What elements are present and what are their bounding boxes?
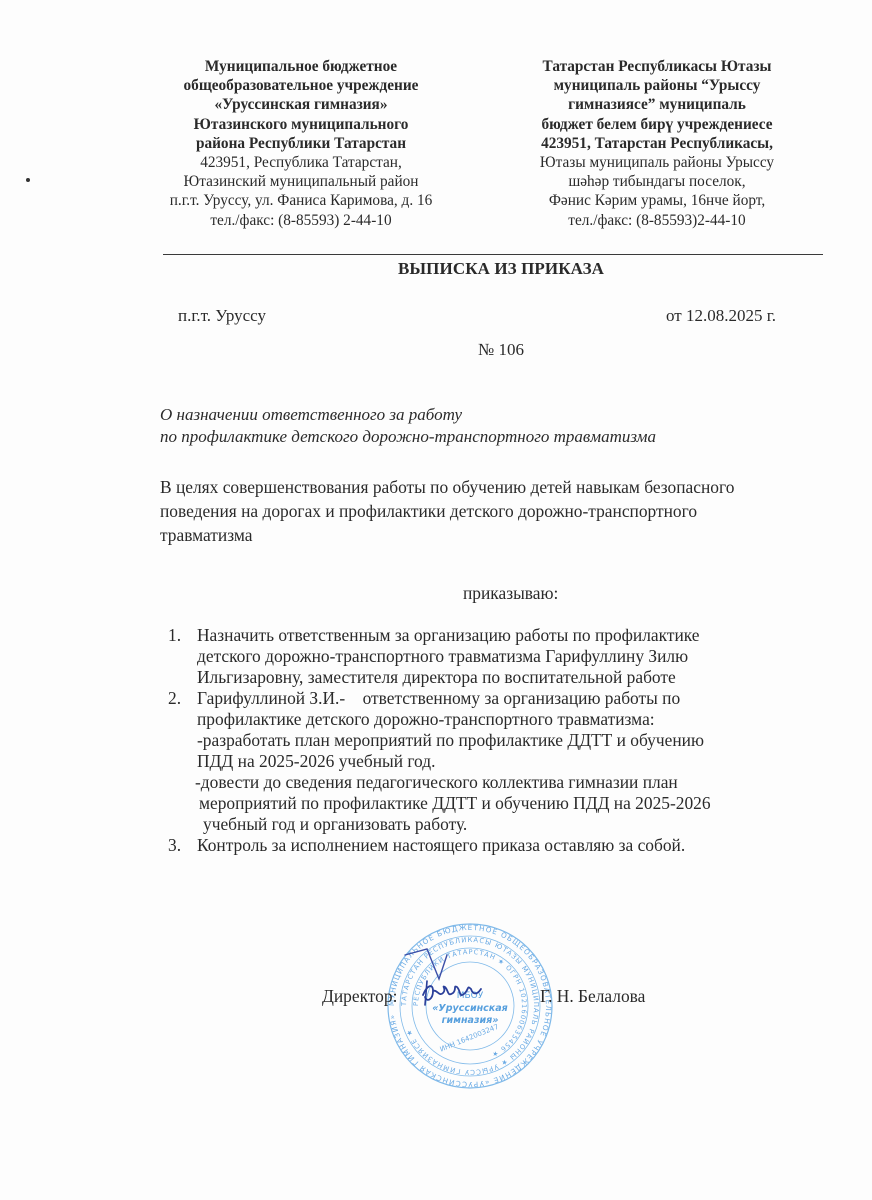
item-line: -разработать план мероприятий по профила… — [197, 730, 838, 751]
header-separator — [163, 254, 823, 255]
header-left-address-line: 423951, Республика Татарстан, — [140, 153, 462, 172]
order-items-list: 1. Назначить ответственным за организаци… — [168, 625, 838, 856]
header-right-line: Татарстан Республикасы Ютазы — [512, 57, 802, 76]
item-line: детского дорожно-транспортного травматиз… — [197, 646, 838, 667]
header-right-line: гимназиясе” муниципаль — [512, 95, 802, 114]
header-left-line: Муниципальное бюджетное — [140, 57, 462, 76]
header-right-line: бюджет белем бирү учреждениесе — [512, 115, 802, 134]
header-right-address-line: Фәнис Кәрим урамы, 16нче йорт, — [512, 191, 802, 210]
header-left-line: Ютазинского муниципального — [140, 115, 462, 134]
item-line: профилактике детского дорожно-транспортн… — [197, 709, 838, 730]
header-left-line: «Уруссинская гимназия» — [140, 95, 462, 114]
preamble-line: поведения на дорогах и профилактики детс… — [160, 499, 840, 523]
header-left-address-line: Ютазинский муниципальный район — [140, 172, 462, 191]
svg-text:ИНН 1642003247: ИНН 1642003247 — [439, 1023, 500, 1054]
header-right-phone: тел./факс: (8-85593)2-44-10 — [512, 211, 802, 230]
header-right-line: муниципаль районы “Урыссу — [512, 76, 802, 95]
preamble-line: В целях совершенствования работы по обуч… — [160, 475, 840, 499]
item-line: ПДД на 2025-2026 учебный год. — [197, 751, 838, 772]
subject-line: О назначении ответственного за работу — [160, 404, 656, 426]
header-left-line: общеобразовательное учреждение — [140, 76, 462, 95]
item-line: Ильгизаровну, заместителя директора по в… — [197, 667, 838, 688]
document-page: Муниципальное бюджетное общеобразователь… — [0, 0, 872, 1200]
subject-line: по профилактике детского дорожно-транспо… — [160, 426, 656, 448]
document-date: от 12.08.2025 г. — [666, 306, 776, 326]
document-place: п.г.т. Уруссу — [178, 306, 266, 326]
item-number: 2. — [168, 688, 181, 709]
document-title: ВЫПИСКА ИЗ ПРИКАЗА — [0, 259, 872, 279]
header-left-line: района Республики Татарстан — [140, 134, 462, 153]
svg-text:гимназия»: гимназия» — [442, 1015, 499, 1026]
director-label: Директор: — [322, 986, 397, 1007]
order-item-3: 3. Контроль за исполнением настоящего пр… — [168, 835, 838, 856]
item-line: Назначить ответственным за организацию р… — [197, 625, 838, 646]
item-line: учебный год и организовать работу. — [203, 814, 838, 835]
item-number: 3. — [168, 835, 181, 856]
item-line: Контроль за исполнением настоящего прика… — [197, 835, 838, 856]
item-number: 1. — [168, 625, 181, 646]
item-line: мероприятий по профилактике ДДТТ и обуче… — [199, 793, 838, 814]
signature-icon — [403, 945, 493, 1015]
header-right-address-line: шәһәр тибындагы поселок, — [512, 172, 802, 191]
order-item-2: 2. Гарифуллиной З.И.- ответственному за … — [168, 688, 838, 835]
director-name: Г. Н. Белалова — [540, 986, 645, 1007]
scan-speck — [26, 178, 30, 182]
document-subject: О назначении ответственного за работу по… — [160, 404, 656, 448]
header-left-address-line: п.г.т. Уруссу, ул. Фаниса Каримова, д. 1… — [140, 191, 462, 210]
document-preamble: В целях совершенствования работы по обуч… — [160, 475, 840, 547]
item-line: -довести до сведения педагогического кол… — [195, 772, 838, 793]
item-line: Гарифуллиной З.И.- ответственному за орг… — [197, 688, 838, 709]
header-right-line: 423951, Татарстан Республикасы, — [512, 134, 802, 153]
order-item-1: 1. Назначить ответственным за организаци… — [168, 625, 838, 688]
order-word: приказываю: — [463, 583, 558, 604]
header-right-tatar: Татарстан Республикасы Ютазы муниципаль … — [512, 57, 802, 230]
header-right-address-line: Ютазы муниципаль районы Урыссу — [512, 153, 802, 172]
document-number: № 106 — [0, 340, 872, 360]
header-left-phone: тел./факс: (8-85593) 2-44-10 — [140, 211, 462, 230]
header-left-russian: Муниципальное бюджетное общеобразователь… — [140, 57, 462, 230]
preamble-line: травматизма — [160, 523, 840, 547]
